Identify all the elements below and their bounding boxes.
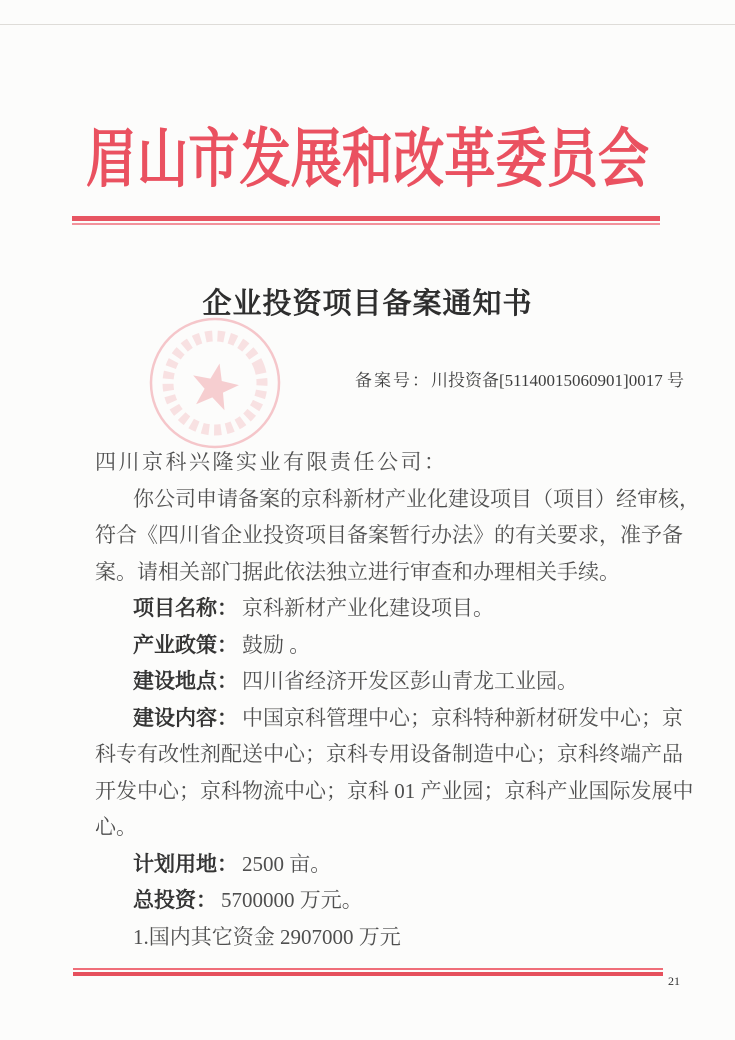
field-value: 中国京科管理中心；京科特种新材研发中心；京 [242, 706, 683, 730]
field-value: 2500 亩。 [242, 852, 331, 876]
field-value: 5700000 万元。 [221, 888, 363, 912]
seal-star-icon [187, 359, 242, 412]
body-line: 心。 [95, 809, 651, 846]
document-title: 企业投资项目备案通知书 [0, 281, 735, 322]
agency-name-header: 眉山市发展和改革委员会 [74, 122, 662, 198]
field-label: 建设内容： [133, 707, 238, 730]
field-construction-site: 建设地点：四川省经济开发区彭山青龙工业园。 [95, 663, 651, 700]
body-line: 符合《四川省企业投资项目备案暂行办法》的有关要求，准予备 [95, 517, 651, 554]
document-body: 四川京科兴隆实业有限责任公司： 你公司申请备案的京科新材产业化建设项目（项目）经… [95, 444, 651, 955]
field-label: 计划用地： [133, 853, 238, 876]
body-line: 科专有改性剂配送中心；京科专用设备制造中心；京科终端产品 [95, 736, 651, 773]
footer-red-rule [73, 968, 663, 976]
body-line: 你公司申请备案的京科新材产业化建设项目（项目）经审核， [95, 481, 651, 518]
field-planned-land: 计划用地：2500 亩。 [95, 846, 651, 883]
page-number: 21 [668, 974, 698, 989]
filing-number-label: 备案号： [355, 371, 431, 390]
recipient-line: 四川京科兴隆实业有限责任公司： [95, 444, 651, 481]
field-construction-content: 建设内容：中国京科管理中心；京科特种新材研发中心；京 [95, 700, 651, 737]
field-label: 产业政策： [133, 634, 238, 657]
header-red-rule [72, 216, 660, 225]
body-line: 开发中心；京科物流中心；京科 01 产业园；京科产业国际发展中 [95, 773, 651, 810]
field-value: 京科新材产业化建设项目。 [242, 596, 494, 620]
field-label: 总投资： [133, 889, 217, 912]
scan-edge-line [0, 24, 735, 25]
official-seal-stamp-icon [147, 315, 283, 451]
field-value: 四川省经济开发区彭山青龙工业园。 [242, 669, 578, 693]
field-label: 建设地点： [133, 670, 238, 693]
field-total-investment: 总投资：5700000 万元。 [95, 882, 651, 919]
filing-number-value: 川投资备[51140015060901]0017 号 [431, 371, 684, 390]
filing-number-line: 备案号：川投资备[51140015060901]0017 号 [355, 366, 684, 391]
field-value: 鼓励 。 [242, 633, 310, 657]
funding-item-line: 1.国内其它资金 2907000 万元 [95, 919, 651, 956]
field-industry-policy: 产业政策：鼓励 。 [95, 627, 651, 664]
field-label: 项目名称： [133, 597, 238, 620]
field-project-name: 项目名称：京科新材产业化建设项目。 [95, 590, 651, 627]
body-line: 案。请相关部门据此依法独立进行审查和办理相关手续。 [95, 554, 651, 591]
